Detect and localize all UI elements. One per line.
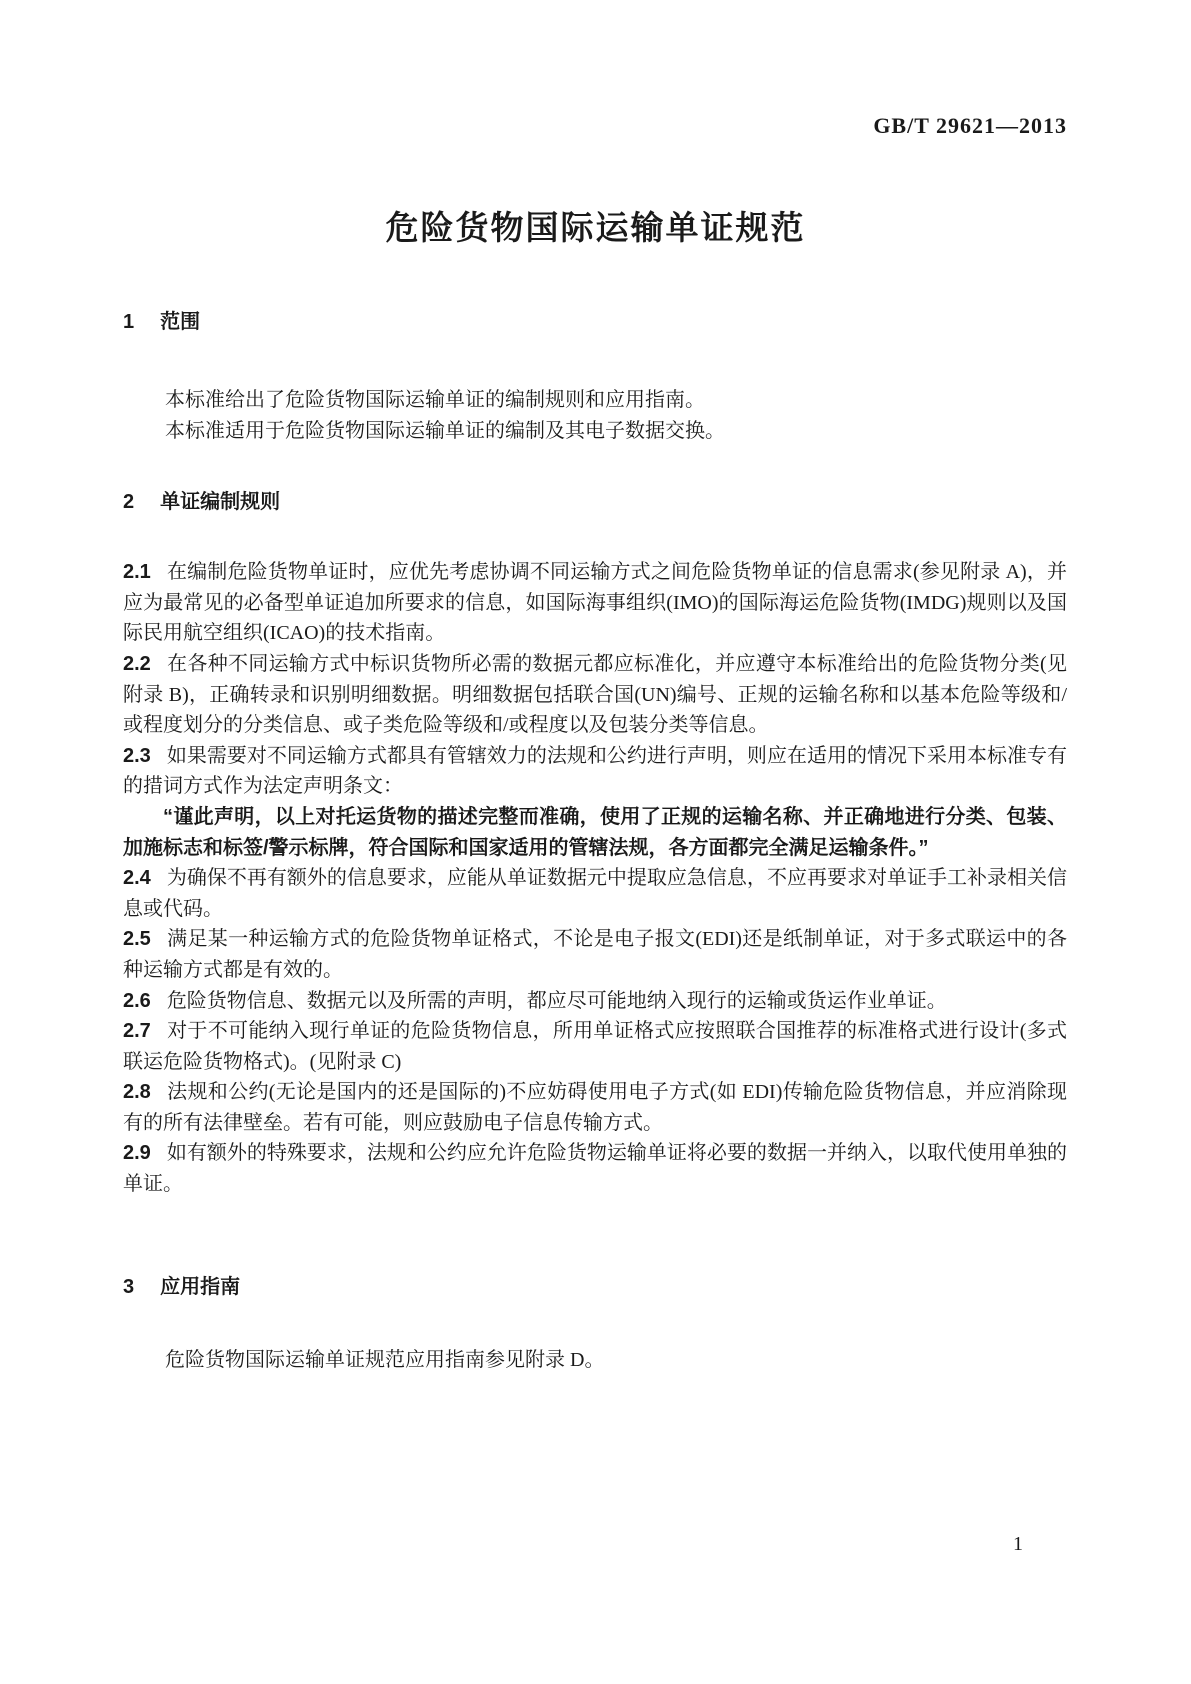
clause-2-9-number: 2.9 <box>123 1142 151 1164</box>
clause-2-7-number: 2.7 <box>123 1020 151 1042</box>
section-1-title: 范围 <box>160 311 200 333</box>
clause-2-3-text: 如果需要对不同运输方式都具有管辖效力的法规和公约进行声明，则应在适用的情况下采用… <box>123 745 1067 798</box>
clause-2-6-text: 危险货物信息、数据元以及所需的声明，都应尽可能地纳入现行的运输或货运作业单证。 <box>167 990 947 1012</box>
clause-2-5-number: 2.5 <box>123 928 151 950</box>
document-title: 危险货物国际运输单证规范 <box>0 208 1191 248</box>
clause-2-8: 2.8法规和公约(无论是国内的还是国际的)不应妨碍使用电子方式(如 EDI)传输… <box>123 1077 1067 1138</box>
document-page: GB/T 29621—2013 危险货物国际运输单证规范 1范围 本标准给出了危… <box>0 0 1191 1684</box>
clause-2-1-text: 在编制危险货物单证时，应优先考虑协调不同运输方式之间危险货物单证的信息需求(参见… <box>123 561 1067 644</box>
scope-paragraph-1: 本标准给出了危险货物国际运输单证的编制规则和应用指南。 <box>123 385 1067 416</box>
clause-2-7-text: 对于不可能纳入现行单证的危险货物信息，所用单证格式应按照联合国推荐的标准格式进行… <box>123 1020 1067 1073</box>
section-2-clauses: 2.1在编制危险货物单证时，应优先考虑协调不同运输方式之间危险货物单证的信息需求… <box>123 557 1067 1199</box>
section-3-title: 应用指南 <box>160 1276 240 1298</box>
section-3-number: 3 <box>123 1275 134 1299</box>
section-2-heading: 2单证编制规则 <box>123 490 1067 514</box>
clause-2-9: 2.9如有额外的特殊要求，法规和公约应允许危险货物运输单证将必要的数据一并纳入，… <box>123 1138 1067 1199</box>
clause-2-1: 2.1在编制危险货物单证时，应优先考虑协调不同运输方式之间危险货物单证的信息需求… <box>123 557 1067 649</box>
page-number: 1 <box>1013 1532 1023 1556</box>
clause-2-9-text: 如有额外的特殊要求，法规和公约应允许危险货物运输单证将必要的数据一并纳入，以取代… <box>123 1142 1067 1195</box>
clause-2-4-text: 为确保不再有额外的信息要求，应能从单证数据元中提取应急信息，不应再要求对单证手工… <box>123 867 1067 920</box>
clause-2-3-number: 2.3 <box>123 745 151 767</box>
clause-2-3: 2.3如果需要对不同运输方式都具有管辖效力的法规和公约进行声明，则应在适用的情况… <box>123 741 1067 802</box>
clause-2-7: 2.7对于不可能纳入现行单证的危险货物信息，所用单证格式应按照联合国推荐的标准格… <box>123 1016 1067 1077</box>
section-2-title: 单证编制规则 <box>160 491 280 513</box>
clause-2-2-number: 2.2 <box>123 653 151 675</box>
clause-2-2: 2.2在各种不同运输方式中标识货物所必需的数据元都应标准化，并应遵守本标准给出的… <box>123 649 1067 741</box>
section-1-number: 1 <box>123 310 134 334</box>
clause-2-4-number: 2.4 <box>123 867 151 889</box>
clause-2-8-text: 法规和公约(无论是国内的还是国际的)不应妨碍使用电子方式(如 EDI)传输危险货… <box>123 1081 1067 1134</box>
document-body: 1范围 本标准给出了危险货物国际运输单证的编制规则和应用指南。 本标准适用于危险… <box>123 310 1067 1375</box>
clause-2-8-number: 2.8 <box>123 1081 151 1103</box>
clause-2-1-number: 2.1 <box>123 561 151 583</box>
clause-2-4: 2.4为确保不再有额外的信息要求，应能从单证数据元中提取应急信息，不应再要求对单… <box>123 863 1067 924</box>
legal-declaration-quote: “谨此声明，以上对托运货物的描述完整而准确，使用了正规的运输名称、并正确地进行分… <box>123 802 1067 863</box>
clause-2-5-text: 满足某一种运输方式的危险货物单证格式，不论是电子报文(EDI)还是纸制单证，对于… <box>123 928 1067 981</box>
clause-2-2-text: 在各种不同运输方式中标识货物所必需的数据元都应标准化，并应遵守本标准给出的危险货… <box>123 653 1067 736</box>
scope-paragraph-2: 本标准适用于危险货物国际运输单证的编制及其电子数据交换。 <box>123 416 1067 447</box>
section-1-heading: 1范围 <box>123 310 1067 334</box>
guide-paragraph: 危险货物国际运输单证规范应用指南参见附录 D。 <box>123 1345 1067 1376</box>
section-2-number: 2 <box>123 490 134 514</box>
standard-number: GB/T 29621—2013 <box>123 113 1067 139</box>
clause-2-6-number: 2.6 <box>123 990 151 1012</box>
section-3-heading: 3应用指南 <box>123 1275 1067 1299</box>
clause-2-5: 2.5满足某一种运输方式的危险货物单证格式，不论是电子报文(EDI)还是纸制单证… <box>123 924 1067 985</box>
clause-2-6: 2.6危险货物信息、数据元以及所需的声明，都应尽可能地纳入现行的运输或货运作业单… <box>123 986 1067 1017</box>
